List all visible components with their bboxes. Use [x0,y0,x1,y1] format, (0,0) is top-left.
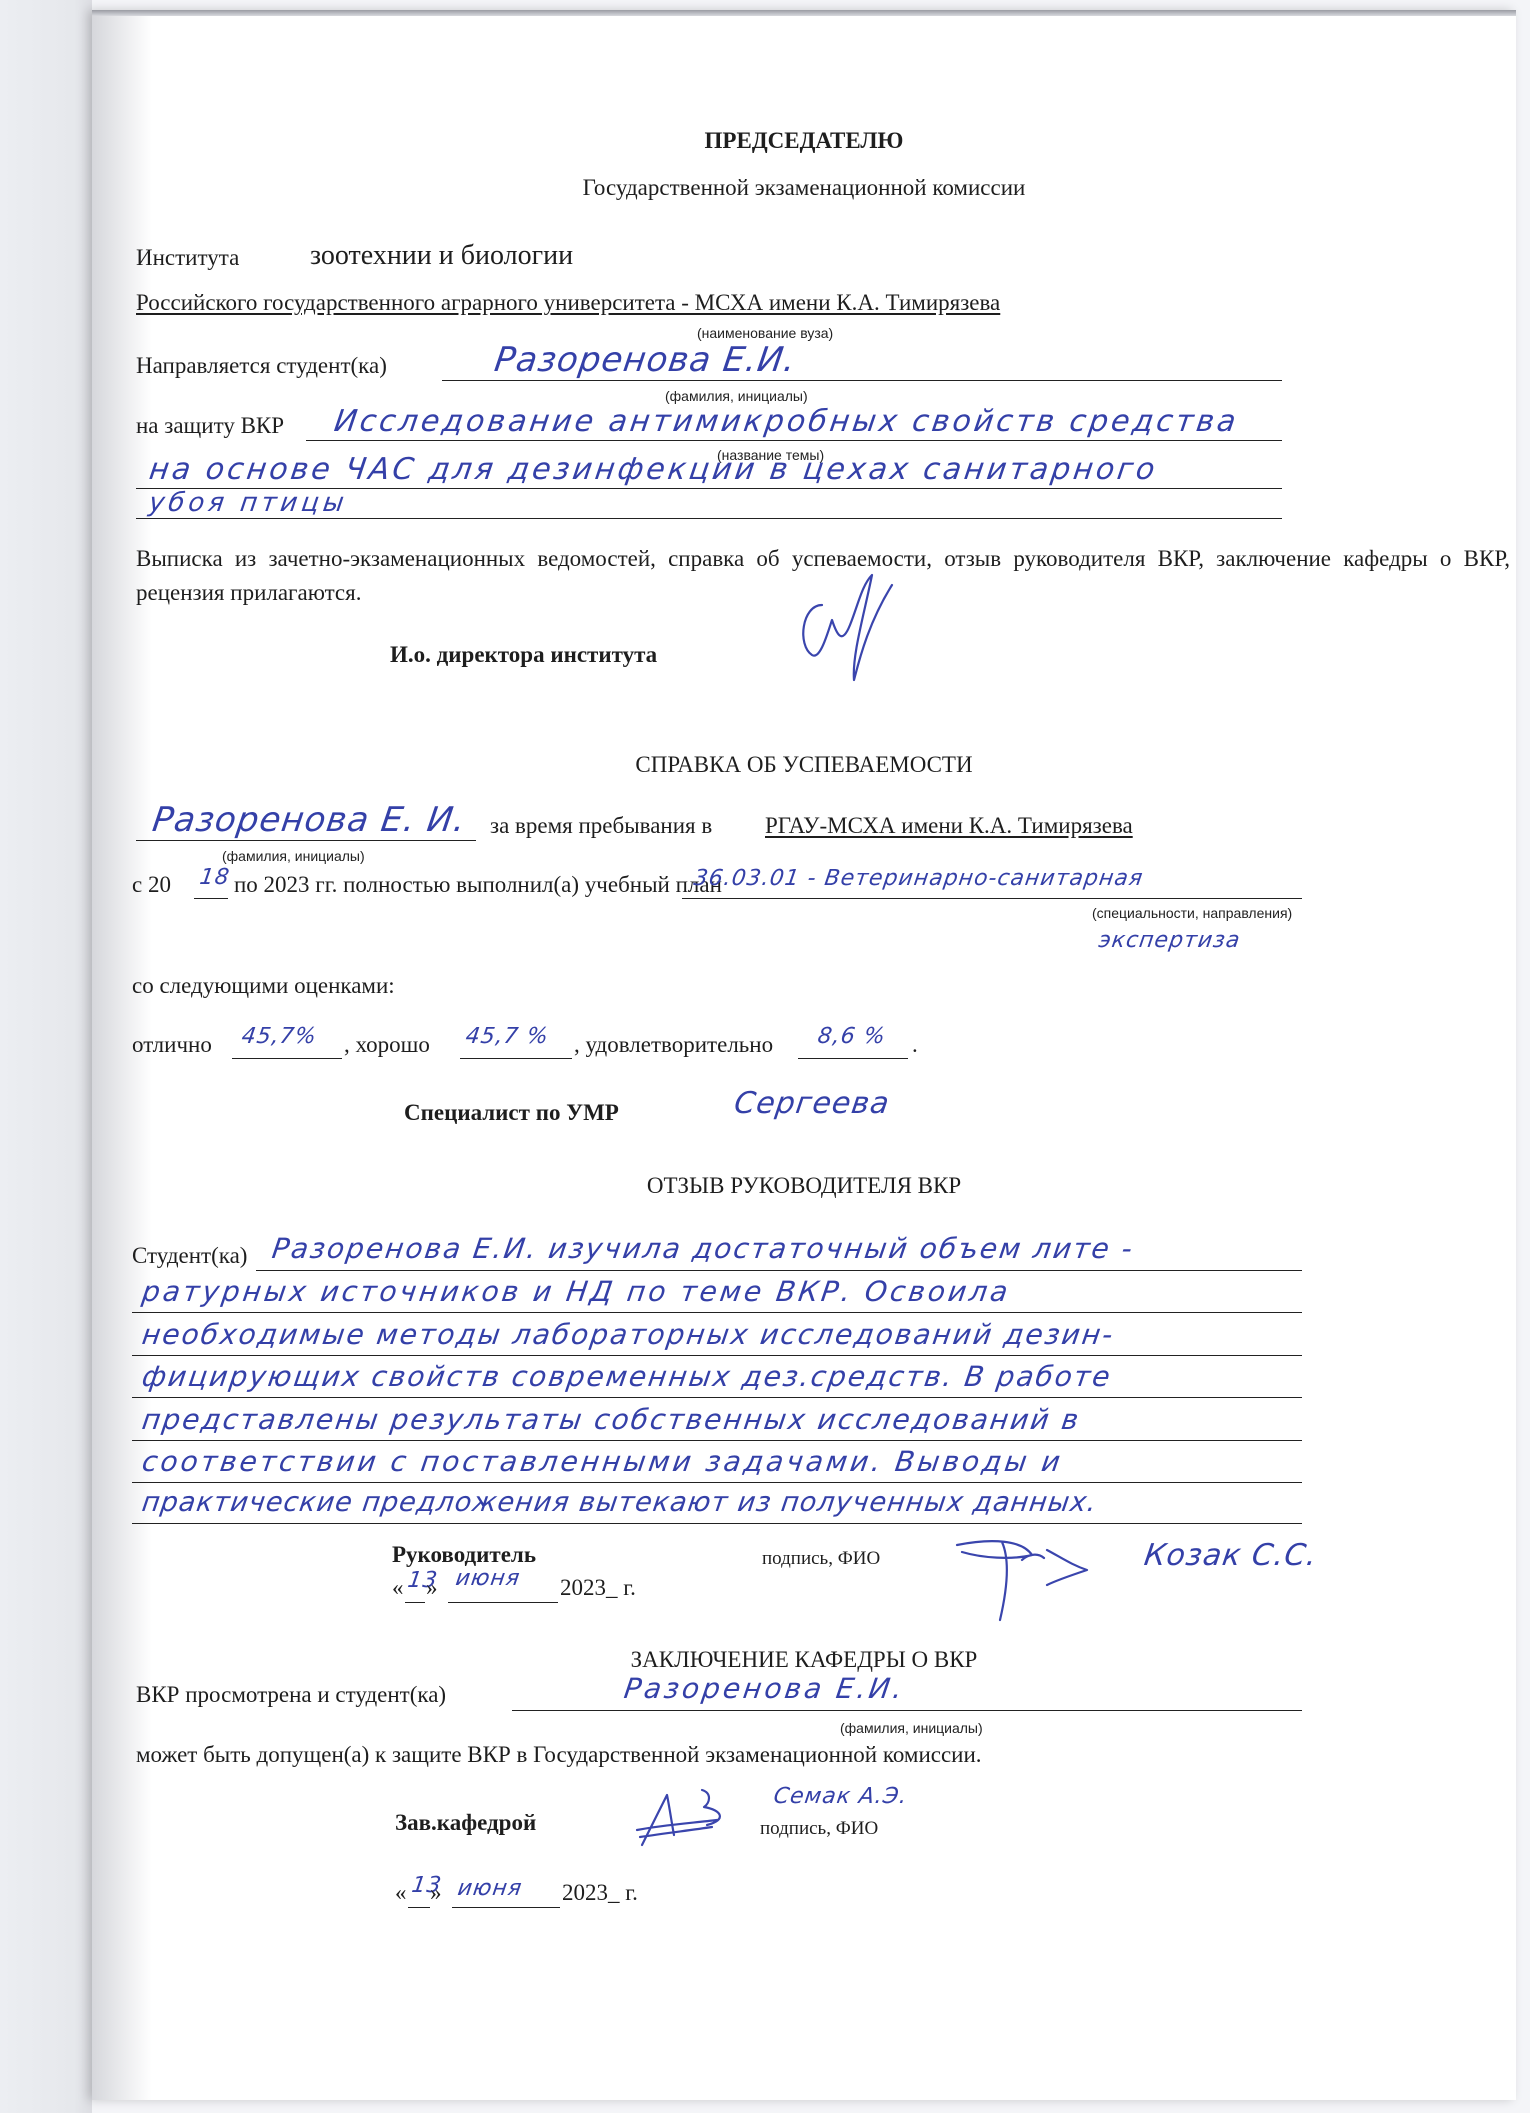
plan-line [682,898,1302,899]
start-year-line [194,898,228,899]
defense-label: на защиту ВКР [136,413,284,439]
review-line-2 [132,1312,1302,1313]
topic-handwritten-line-2: на основе ЧАС для дезинфекции в цехах са… [147,452,1160,487]
conclusion-day-line [408,1907,430,1908]
review-student-label: Студент(ка) [132,1243,247,1269]
review-year: 2023_ г. [560,1575,636,1601]
performance-name-caption: (фамилия, инициалы) [222,848,365,864]
director-label: И.о. директора института [390,642,657,668]
supervisor-signature-caption: подпись, ФИО [762,1548,880,1570]
grade-good-label: , хорошо [344,1032,430,1058]
stay-text: за время пребывания в [490,813,712,839]
review-date-open: « [392,1575,404,1601]
performance-name-line [136,840,476,841]
review-line-6 [132,1482,1302,1483]
conclusion-month-line [452,1907,560,1908]
topic-handwritten-line-1: Исследование антимикробных свойств средс… [332,404,1241,439]
supervisor-label: Руководитель [392,1542,536,1568]
review-line-7 [132,1523,1302,1524]
supervisor-name: Козак С.С. [1142,1538,1320,1573]
plan-handwritten-line-1: 36.03.01 - Ветеринарно-санитарная [692,866,1145,891]
grade-excellent-value: 45,7% [240,1024,318,1049]
review-day-line [405,1602,425,1603]
review-month-line [448,1602,558,1603]
institute-label: Института [136,245,239,271]
plan-caption: (специальности, направления) [1092,905,1292,921]
conclusion-month: июня [456,1876,524,1901]
grade-satisfactory-label: , удовлетворительно [574,1032,773,1058]
commission-subheading: Государственной экзаменационной комиссии [92,175,1516,201]
review-line-3 [132,1355,1302,1356]
grade-satisfactory-value: 8,6 % [816,1024,887,1049]
review-date-close: » [426,1575,438,1601]
conclusion-date-open: « [395,1880,407,1906]
review-text-line-7: практические предложения вытекают из пол… [140,1487,1099,1518]
performance-name-handwritten: Разоренова Е. И. [150,800,468,840]
admission-text: может быть допущен(а) к защите ВКР в Гос… [136,1742,982,1768]
conclusion-name-caption: (фамилия, инициалы) [840,1720,983,1736]
review-text-line-3: необходимые методы лабораторных исследов… [140,1318,1117,1351]
conclusion-title: ЗАКЛЮЧЕНИЕ КАФЕДРЫ О ВКР [92,1647,1516,1673]
director-signature [792,565,932,685]
student-label: Направляется студент(ка) [136,353,387,379]
reviewed-label: ВКР просмотрена и студент(ка) [136,1682,446,1708]
review-text-line-2: ратурных источников и НД по теме ВКР. Ос… [140,1275,1013,1308]
scanner-background [0,0,92,2113]
topic-line-1 [306,440,1282,441]
student-name-handwritten: Разоренова Е.И. [492,340,799,380]
university-caption: (наименование вуза) [697,325,833,341]
review-text-line-6: соответствии с поставленными задачами. В… [140,1445,1065,1478]
conclusion-year: 2023_ г. [562,1880,638,1906]
addressee-heading: ПРЕДСЕДАТЕЛЮ [92,128,1516,154]
plan-handwritten-line-2: экспертиза [1097,928,1242,953]
review-text-line-1: Разоренова Е.И. изучила достаточный объе… [270,1232,1136,1265]
grade-excellent-label: отлично [132,1032,212,1058]
university-name: Российского государственного аграрного у… [136,290,1000,316]
topic-line-3 [136,518,1282,519]
grade-satisfactory-line [798,1058,908,1059]
university-short: РГАУ-МСХА имени К.А. Тимирязева [765,813,1133,839]
review-text-line-4: фицирующих свойств современных дез.средс… [140,1360,1114,1393]
institute-name: зоотехнии и биологии [310,240,573,272]
review-line-5 [132,1440,1302,1441]
head-name: Семак А.Э. [772,1784,909,1809]
topic-handwritten-line-3: убоя птицы [147,488,350,518]
review-title: ОТЗЫВ РУКОВОДИТЕЛЯ ВКР [92,1173,1516,1199]
grade-good-line [460,1058,572,1059]
specialist-label: Специалист по УМР [404,1100,619,1126]
review-text-line-5: представлены результаты собственных иссл… [140,1403,1083,1436]
review-month: июня [454,1566,522,1591]
specialist-signature: Сергеева [732,1086,892,1121]
performance-title: СПРАВКА ОБ УСПЕВАЕМОСТИ [92,752,1516,778]
head-signature [632,1785,752,1855]
conclusion-name-handwritten: Разоренова Е.И. [622,1672,907,1705]
student-name-line [442,380,1282,381]
grade-good-value: 45,7 % [464,1024,550,1049]
document-page: ПРЕДСЕДАТЕЛЮ Государственной экзаменацио… [92,10,1516,2100]
period-prefix: с 20 [132,872,171,898]
grades-intro: со следующими оценками: [132,973,395,999]
conclusion-date-close: » [430,1880,442,1906]
period-text: по 2023 гг. полностью выполнил(а) учебны… [234,872,722,898]
page-top-edge [92,10,1516,16]
conclusion-name-line [512,1710,1302,1711]
start-year-handwritten: 18 [198,865,232,890]
supervisor-signature [952,1530,1102,1630]
head-label: Зав.кафедрой [395,1810,536,1836]
grades-end: . [912,1032,918,1058]
review-line-4 [132,1397,1302,1398]
head-signature-caption: подпись, ФИО [760,1818,878,1840]
review-line-1 [256,1270,1302,1271]
grade-excellent-line [232,1058,342,1059]
student-name-caption: (фамилия, инициалы) [665,388,808,404]
